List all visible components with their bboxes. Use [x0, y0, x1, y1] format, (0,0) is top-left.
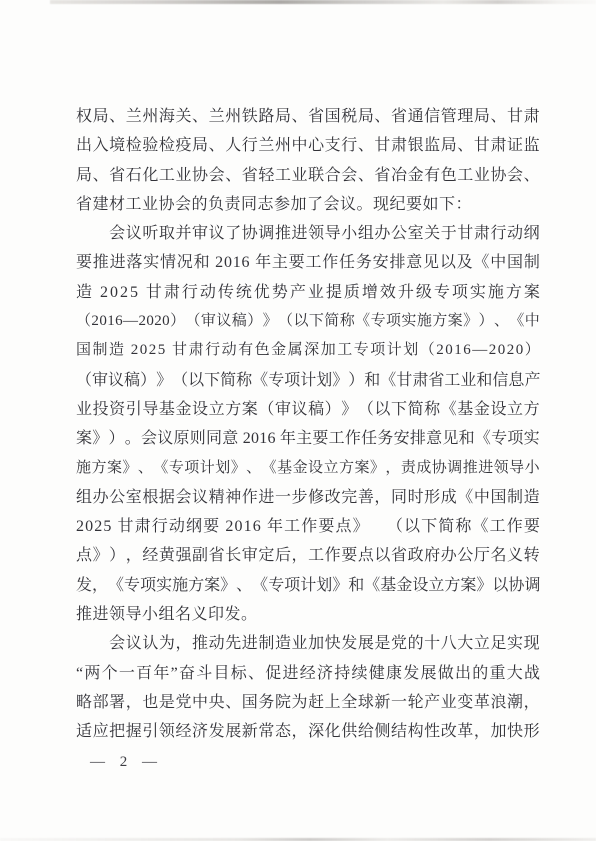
- text-line: 业投资引导基金设立方案（审议稿）》（以下简称《基金设立方: [76, 395, 540, 424]
- text-line: 发，《专项实施方案》、《专项计划》和《基金设立方案》以协调: [76, 571, 540, 600]
- text-line: 2025 甘肃行动纲要 2016 年工作要点》 （以下简称《工作要: [76, 512, 540, 541]
- text-line: 权局、兰州海关、兰州铁路局、省国税局、省通信管理局、甘肃: [76, 102, 540, 131]
- text-line: “两个一百年”奋斗目标、促进经济持续健康发展做出的重大战: [76, 659, 540, 688]
- text-line: 点》），经黄强副省长审定后，工作要点以省政府办公厅名义转: [76, 541, 540, 570]
- document-body: 权局、兰州海关、兰州铁路局、省国税局、省通信管理局、甘肃 出入境检验检疫局、人行…: [76, 102, 540, 747]
- text-line: （审议稿）》（以下简称《专项计划》）和《甘肃省工业和信息产: [76, 366, 540, 395]
- text-line: 组办公室根据会议精神作进一步修改完善，同时形成《中国制造: [76, 483, 540, 512]
- page-number: — 2 —: [90, 752, 158, 772]
- text-line: 国制造 2025 甘肃行动有色金属深加工专项计划（2016—2020）: [76, 336, 540, 365]
- document-page: 权局、兰州海关、兰州铁路局、省国税局、省通信管理局、甘肃 出入境检验检疫局、人行…: [0, 0, 596, 841]
- text-line: 适应把握引领经济发展新常态，深化供给侧结构性改革，加快形: [76, 717, 540, 746]
- text-line: 会议听取并审议了协调推进领导小组办公室关于甘肃行动纲: [76, 219, 540, 248]
- text-line: 要推进落实情况和 2016 年主要工作任务安排意见以及《中国制: [76, 248, 540, 277]
- text-line: 局、省石化工业协会、省轻工业联合会、省冶金有色工业协会、: [76, 161, 540, 190]
- text-line: 出入境检验检疫局、人行兰州中心支行、甘肃银监局、甘肃证监: [76, 131, 540, 160]
- text-line: （2016—2020）（审议稿）》（以下简称《专项实施方案》）、《中: [76, 307, 540, 336]
- text-line: 推进领导小组名义印发。: [76, 600, 540, 629]
- text-line: 略部署，也是党中央、国务院为赶上全球新一轮产业变革浪潮，: [76, 688, 540, 717]
- text-line: 造 2025 甘肃行动传统优势产业提质增效升级专项实施方案: [76, 278, 540, 307]
- text-line: 施方案》、《专项计划》、《基金设立方案》，责成协调推进领导小: [76, 454, 540, 483]
- text-line: 省建材工业协会的负责同志参加了会议。现纪要如下：: [76, 190, 540, 219]
- text-line: 案》）。会议原则同意 2016 年主要工作任务安排意见和《专项实: [76, 424, 540, 453]
- text-line: 会议认为，推动先进制造业加快发展是党的十八大立足实现: [76, 629, 540, 658]
- scan-edge-artifact-top: [50, 0, 596, 4]
